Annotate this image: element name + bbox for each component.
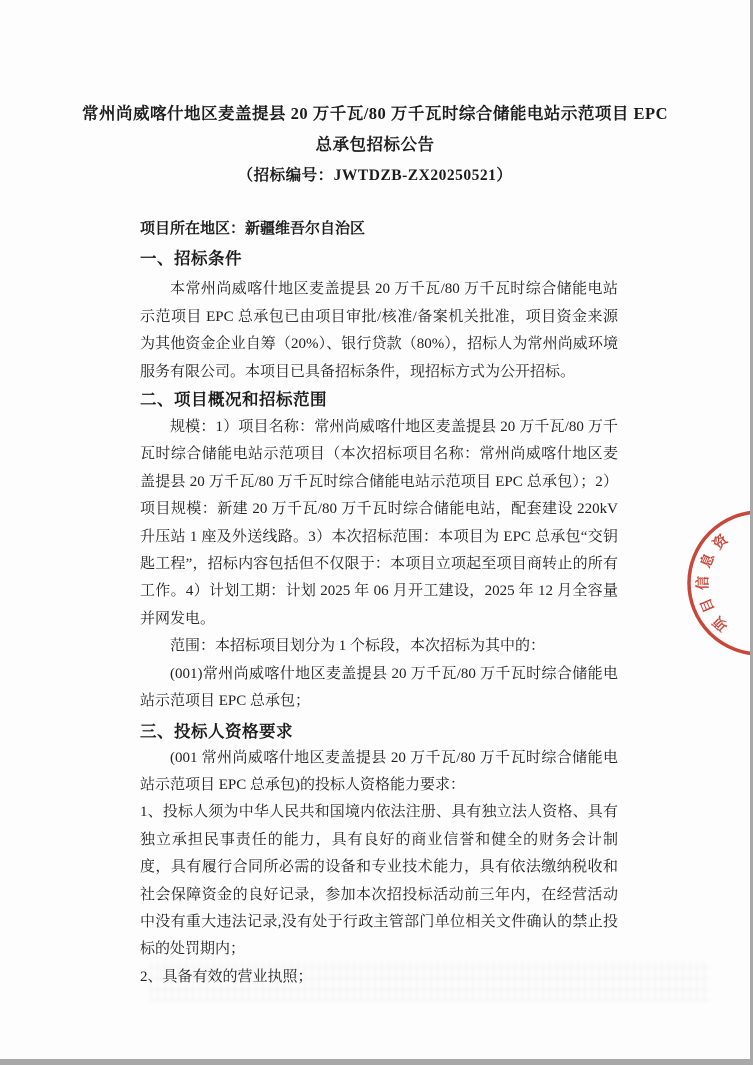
stamp-character: 信: [695, 576, 712, 590]
red-seal-stamp-icon: 资息信目项: [672, 495, 750, 671]
document-title-line1: 常州尚威喀什地区麦盖提县 20 万千瓦/80 万千瓦时综合储能电站示范项目 EP…: [0, 98, 750, 129]
scan-bleedthrough-noise: [150, 962, 710, 1002]
scanned-document-screenshot: { "document": { "title_line1": "常州尚威喀什地区…: [0, 0, 753, 1065]
section-heading-2: 二、项目概况和招标范围: [140, 386, 618, 413]
document-page: 常州尚威喀什地区麦盖提县 20 万千瓦/80 万千瓦时综合储能电站示范项目 EP…: [0, 0, 750, 1059]
section-heading-1: 一、招标条件: [140, 245, 618, 272]
section-3-paragraph-intro: (001 常州尚威喀什地区麦盖提县 20 万千瓦/80 万千瓦时综合储能电站示范…: [140, 745, 618, 800]
document-title-block: 常州尚威喀什地区麦盖提县 20 万千瓦/80 万千瓦时综合储能电站示范项目 EP…: [0, 98, 750, 191]
document-body: 项目所在地区：新疆维吾尔自治区 一、招标条件 本常州尚威喀什地区麦盖提县 20 …: [140, 216, 618, 991]
section-2-paragraph-scope: 范围：本招标项目划分为 1 个标段，本次招标为其中的：: [140, 633, 618, 660]
tender-number: （招标编号：JWTDZB-ZX20250521）: [0, 160, 750, 191]
section-1-paragraph: 本常州尚威喀什地区麦盖提县 20 万千瓦/80 万千瓦时综合储能电站示范项目 E…: [140, 276, 618, 386]
section-3-paragraph-requirement-1: 1、投标人须为中华人民共和国境内依法注册、具有独立法人资格、具有独立承担民事责任…: [140, 799, 618, 963]
stamp-character: 目: [698, 596, 718, 615]
stamp-character: 资: [709, 530, 732, 553]
section-2-paragraph-lot: (001)常州尚威喀什地区麦盖提县 20 万千瓦/80 万千瓦时综合储能电站示范…: [140, 661, 618, 716]
stamp-character: 项: [709, 612, 732, 635]
project-location-line: 项目所在地区：新疆维吾尔自治区: [140, 216, 618, 243]
stamp-character: 息: [697, 550, 719, 570]
document-title-line2: 总承包招标公告: [0, 129, 750, 160]
section-2-paragraph-scale: 规模：1）项目名称：常州尚威喀什地区麦盖提县 20 万千瓦/80 万千瓦时综合储…: [140, 414, 618, 633]
section-heading-3: 三、投标人资格要求: [140, 718, 618, 745]
